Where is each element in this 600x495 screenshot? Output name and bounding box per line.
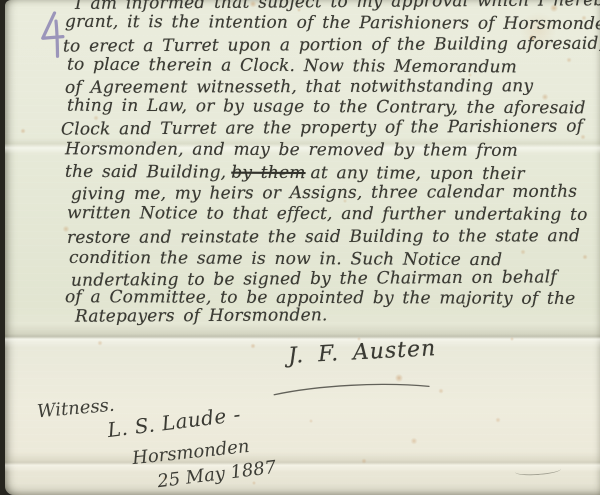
- manuscript-line: grant, it is the intention of the Parish…: [65, 12, 600, 35]
- manuscript-line: to erect a Turret upon a portion of the …: [63, 33, 600, 57]
- manuscript-text: the said Building,: [65, 162, 226, 183]
- manuscript-line: thing in Law, or by usage to the Contrar…: [67, 96, 586, 120]
- manuscript-line: Horsmonden, and may be removed by them f…: [65, 139, 518, 162]
- scanned-document: I am informed that subject to my approva…: [0, 0, 600, 495]
- manuscript-body: I am informed that subject to my approva…: [5, 0, 600, 495]
- manuscript-text: at any time, upon their: [311, 163, 525, 184]
- stray-pencil-dashes: [515, 464, 562, 476]
- manuscript-line: Clock and Turret are the property of the…: [61, 116, 583, 140]
- manuscript-line: Ratepayers of Horsmonden.: [75, 305, 328, 327]
- witness-signature: L. S. Laude -: [106, 402, 242, 442]
- manuscript-line: to place therein a Clock. Now this Memor…: [67, 55, 517, 79]
- manuscript-line: giving me, my heirs or Assigns, three ca…: [71, 182, 577, 206]
- struck-text: by them: [231, 163, 305, 183]
- signature-flourish: [271, 377, 435, 399]
- witness-label: Witness.: [36, 395, 115, 423]
- manuscript-line: restore and reinstate the said Building …: [67, 226, 580, 249]
- paper-sheet: I am informed that subject to my approva…: [5, 0, 600, 495]
- manuscript-line: written Notice to that effect, and furth…: [67, 203, 588, 226]
- signature: J. F. Austen: [287, 336, 436, 369]
